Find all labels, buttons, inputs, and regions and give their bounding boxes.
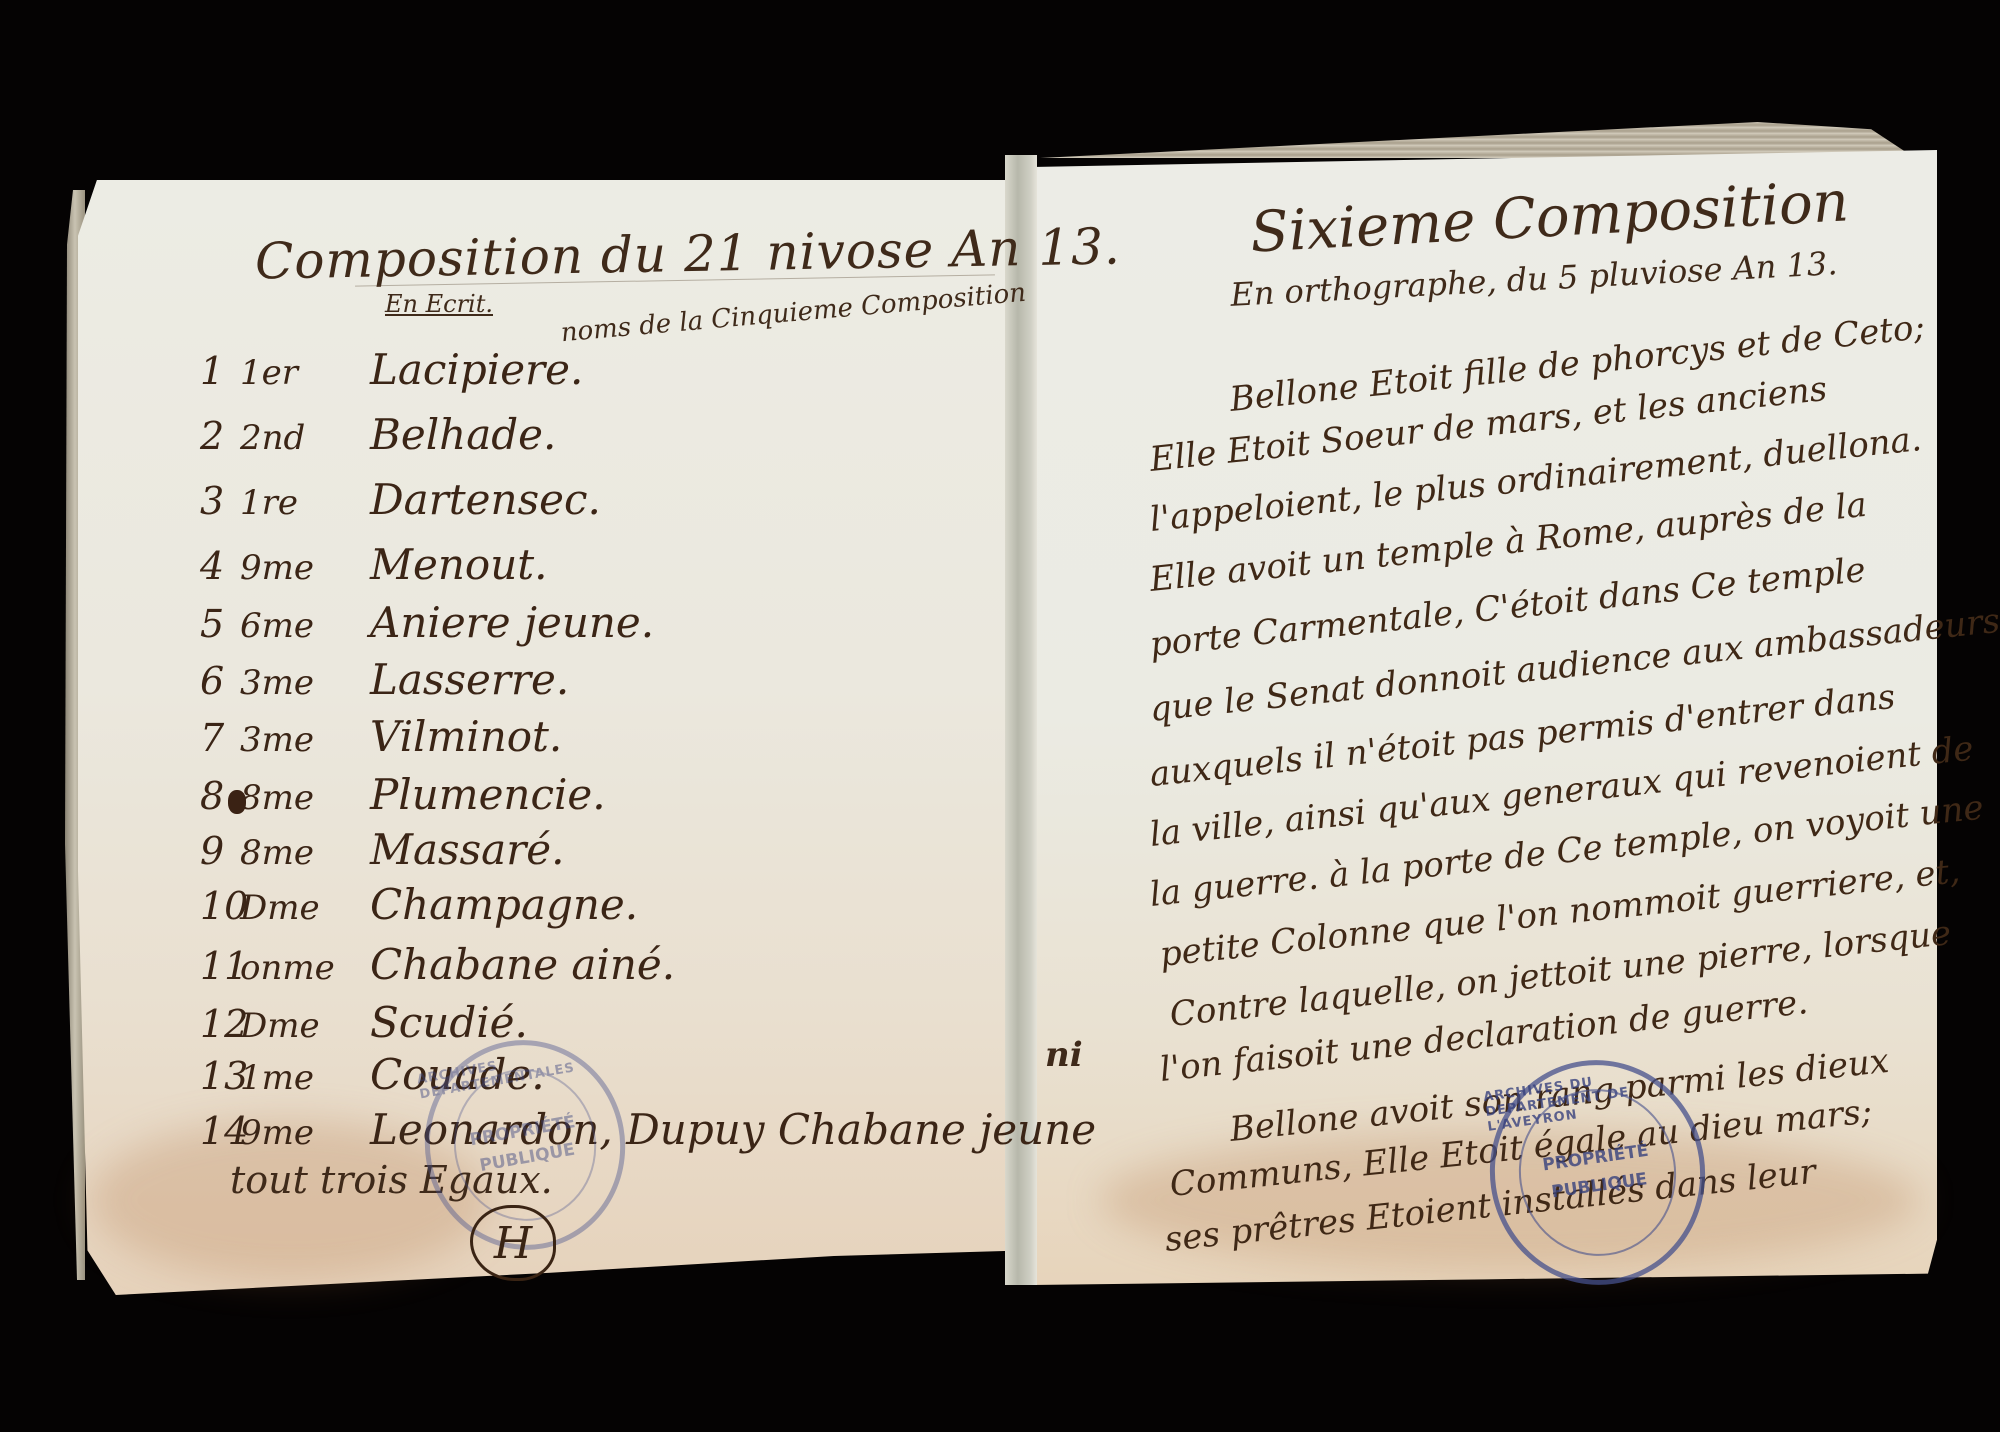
row-rank: 8me: [240, 778, 370, 818]
row-rank: 1er: [240, 353, 370, 393]
student-name: Aniere jeune.: [370, 598, 654, 647]
row-number: 5: [200, 602, 240, 646]
margin-mark: ni: [1045, 1035, 1083, 1075]
student-name: Dartensec.: [370, 475, 601, 524]
ranking-row: 31reDartensec.: [200, 475, 601, 524]
left-page-subtitle: En Ecrit.: [385, 290, 493, 318]
row-rank: 6me: [240, 606, 370, 646]
ranking-row: 88mePlumencie.: [200, 770, 606, 819]
ranking-row: 11onmeChabane ainé.: [200, 940, 675, 989]
row-number: 12: [200, 1002, 240, 1046]
row-number: 7: [200, 716, 240, 760]
row-number: 11: [200, 944, 240, 988]
student-name: Vilminot.: [370, 712, 562, 761]
page-stack-edge: [1040, 122, 1915, 158]
row-rank: 1me: [240, 1058, 370, 1098]
student-name: Champagne.: [370, 880, 638, 929]
ink-blot: [228, 790, 246, 814]
row-rank: onme: [240, 948, 370, 988]
student-name: Chabane ainé.: [370, 940, 675, 989]
ranking-row: 56meAniere jeune.: [200, 598, 654, 647]
row-number: 2: [200, 414, 240, 458]
row-rank: 3me: [240, 663, 370, 703]
student-name: Lacipiere.: [370, 345, 583, 394]
row-rank: 2nd: [240, 418, 370, 458]
row-number: 3: [200, 479, 240, 523]
student-name: Menout.: [370, 540, 547, 589]
row-number: 4: [200, 544, 240, 588]
student-name: Scudié.: [370, 998, 528, 1047]
student-name: Lasserre.: [370, 655, 569, 704]
row-rank: 9me: [240, 548, 370, 588]
row-rank: 9me: [240, 1113, 370, 1153]
row-number: 10: [200, 884, 240, 928]
ranking-row: 49meMenout.: [200, 540, 547, 589]
row-number: 14: [200, 1109, 240, 1153]
row-rank: 3me: [240, 720, 370, 760]
row-rank: 1re: [240, 483, 370, 523]
row-rank: Dme: [240, 1006, 370, 1046]
student-name: Belhade.: [370, 410, 556, 459]
ranking-row: 22ndBelhade.: [200, 410, 556, 459]
ranking-row: 10DmeChampagne.: [200, 880, 638, 929]
student-name: Plumencie.: [370, 770, 606, 819]
ranking-row: 11erLacipiere.: [200, 345, 583, 394]
student-name: Massaré.: [370, 825, 564, 874]
signature-paraph: H: [470, 1205, 556, 1281]
row-number: 13: [200, 1054, 240, 1098]
row-number: 1: [200, 349, 240, 393]
ranking-row: 63meLasserre.: [200, 655, 569, 704]
row-rank: Dme: [240, 888, 370, 928]
row-rank: 8me: [240, 833, 370, 873]
row-number: 6: [200, 659, 240, 703]
ranking-row: 98meMassaré.: [200, 825, 564, 874]
ranking-row: 73meVilminot.: [200, 712, 562, 761]
ranking-row: 12DmeScudié.: [200, 998, 528, 1047]
row-number: 9: [200, 829, 240, 873]
ranking-row: 149meLeonardon, Dupuy Chabane jeune: [200, 1105, 1096, 1154]
